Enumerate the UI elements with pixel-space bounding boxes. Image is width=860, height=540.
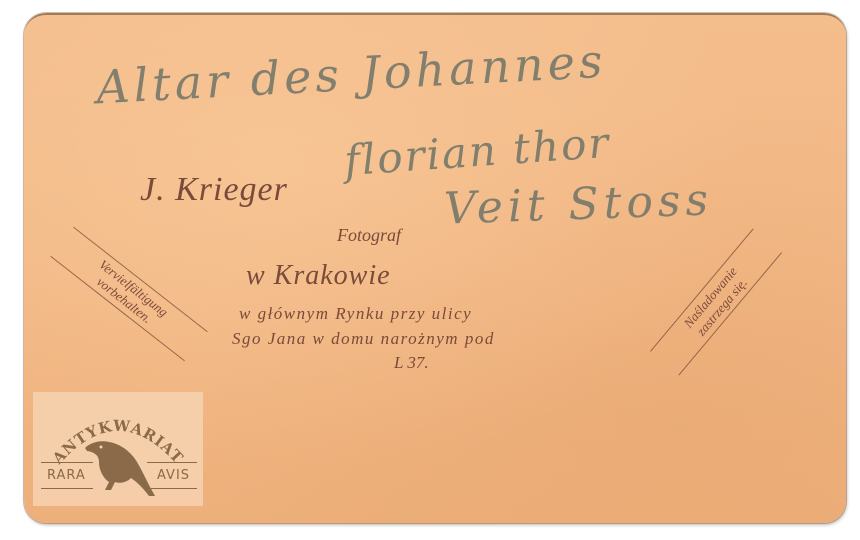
city: w Krakowie	[246, 260, 391, 292]
studio-name: J. Krieger	[140, 171, 288, 209]
logo-rule-right-top	[147, 462, 197, 463]
address-line-2: Sgo Jana w domu narożnym pod	[232, 329, 495, 349]
logo-rule-left-top	[41, 462, 93, 463]
ribbon-line-2: zastrzega się.	[665, 241, 779, 373]
pencil-inscription-line1: Altar des Johannes	[95, 34, 608, 115]
address-line-1: w głównym Rynku przy ulicy	[239, 304, 472, 324]
logo-word-rara: RARA	[47, 468, 86, 483]
photo-card-back: Altar des Johannes florian thor Veit Sto…	[24, 13, 846, 523]
raven-icon	[81, 438, 159, 500]
ribbon-line-2: vorbehalten.	[53, 242, 196, 358]
pencil-inscription-line3: Veit Stoss	[443, 174, 714, 234]
pencil-inscription-line2: florian thor	[343, 118, 612, 185]
logo-rule-left-bottom	[41, 488, 93, 489]
copyright-ribbon-polish: Naśladowanie zastrzega się.	[650, 229, 782, 376]
copyright-ribbon-german: Vervielfältigung vorbehalten.	[50, 227, 207, 362]
logo-word-avis: AVIS	[157, 468, 190, 483]
antiquarian-watermark-logo: ANTYKWARIAT RARA AVIS	[33, 392, 203, 506]
ribbon-line-1: Vervielfältigung	[62, 230, 205, 346]
address-line-3: L 37.	[394, 353, 429, 373]
logo-rule-right-bottom	[147, 488, 197, 489]
ribbon-line-1: Naśladowanie	[653, 231, 767, 363]
occupation: Fotograf	[337, 225, 401, 246]
